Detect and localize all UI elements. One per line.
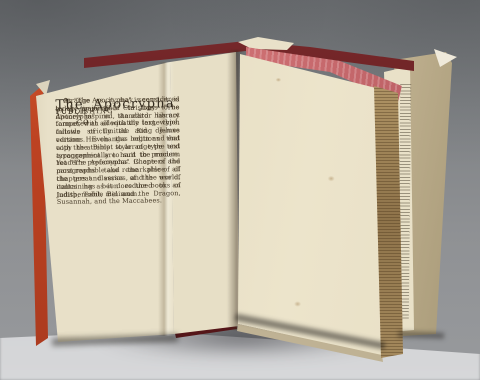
publisher-suffix: PUBLISHING CO. bbox=[56, 106, 114, 128]
flap-printed-blurb: The Apocrypha As "The Apocrypha" is cons… bbox=[55, 96, 182, 328]
book-photograph: The Apocrypha As "The Apocrypha" is cons… bbox=[0, 0, 480, 380]
